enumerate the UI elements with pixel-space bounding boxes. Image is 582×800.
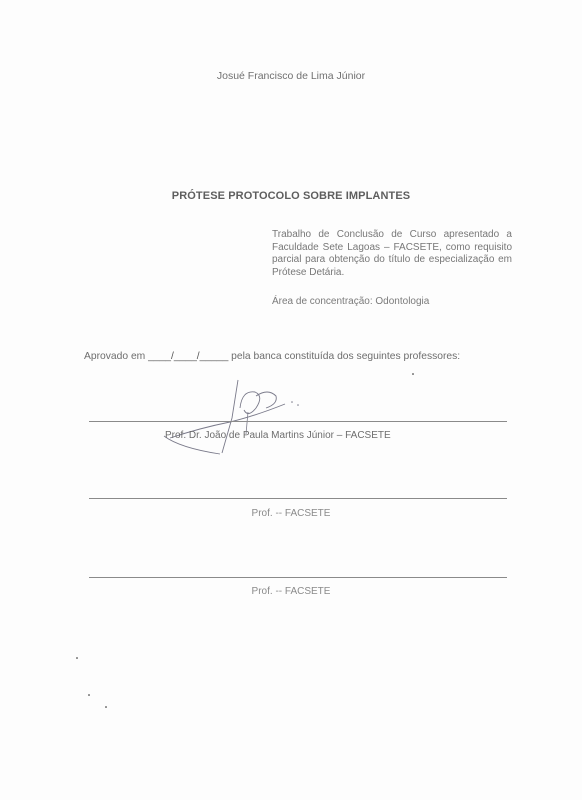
document-description: Trabalho de Conclusão de Curso apresenta… bbox=[272, 229, 512, 279]
signatory-1: Prof. Dr. João de Paula Martins Júnior –… bbox=[165, 430, 391, 441]
author-name: Josué Francisco de Lima Júnior bbox=[0, 70, 582, 82]
scan-speck bbox=[412, 373, 414, 375]
signatory-3: Prof. -- FACSETE bbox=[0, 586, 582, 597]
approval-suffix: pela banca constituída dos seguintes pro… bbox=[231, 351, 460, 362]
approval-prefix: Aprovado em bbox=[84, 351, 145, 362]
signature-line-1 bbox=[89, 421, 507, 422]
scan-speck bbox=[88, 694, 90, 696]
scan-speck bbox=[76, 657, 78, 659]
handwritten-signature bbox=[160, 378, 320, 458]
approval-date-blank: ____/____/_____ bbox=[148, 351, 228, 362]
document-title: PRÓTESE PROTOCOLO SOBRE IMPLANTES bbox=[0, 190, 582, 202]
scan-speck bbox=[105, 706, 107, 708]
signature-line-2 bbox=[89, 498, 507, 499]
approval-statement: Aprovado em ____/____/_____ pela banca c… bbox=[84, 351, 460, 362]
signatory-2: Prof. -- FACSETE bbox=[0, 508, 582, 519]
concentration-area: Área de concentração: Odontologia bbox=[272, 296, 429, 307]
signature-line-3 bbox=[89, 577, 507, 578]
